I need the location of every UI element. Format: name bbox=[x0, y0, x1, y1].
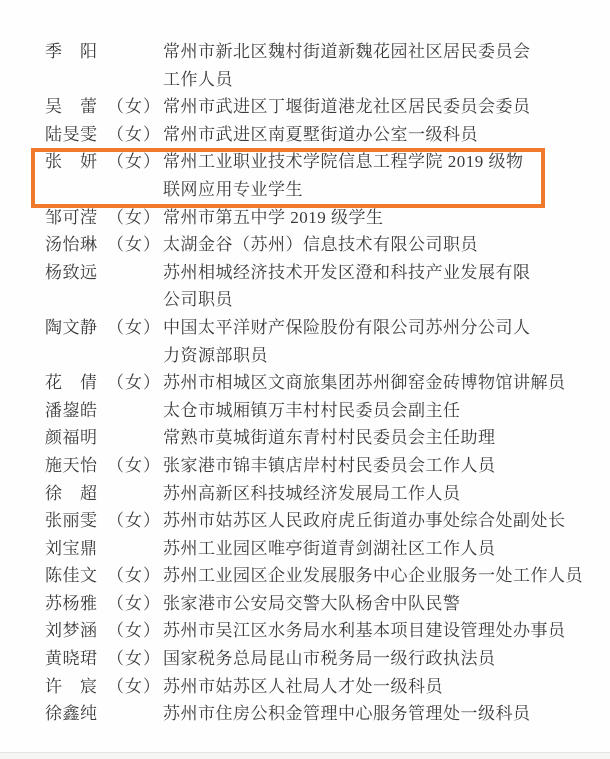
recipient-row: 汤怡琳 （女） 太湖金谷（苏州）信息技术有限公司职员 bbox=[45, 231, 570, 259]
recipient-row: 颜福明 常熟市莫城街道东青村村民委员会主任助理 bbox=[45, 424, 570, 452]
recipient-gender: （女） bbox=[107, 369, 163, 397]
recipient-name: 花 倩 bbox=[45, 369, 107, 397]
recipient-row: 陈佳文 （女） 苏州工业园区企业发展服务中心企业服务一处工作人员 bbox=[45, 562, 570, 590]
recipient-description: 苏州市姑苏区人民政府虎丘街道办事处综合处副处长 bbox=[163, 507, 570, 535]
recipient-name: 邹可滢 bbox=[45, 204, 107, 232]
recipient-name: 徐 超 bbox=[45, 480, 107, 508]
recipient-name: 潘鋆皓 bbox=[45, 397, 107, 425]
recipient-description: 常州工业职业技术学院信息工程学院 2019 级物联网应用专业学生 bbox=[163, 148, 570, 203]
description-line: 常州市新北区魏村街道新魏花园社区居民委员会 bbox=[163, 38, 570, 66]
recipient-list: 季 阳 常州市新北区魏村街道新魏花园社区居民委员会工作人员 吴 蕾 （女） 常州… bbox=[0, 0, 610, 728]
recipient-name: 黄晓珺 bbox=[45, 645, 107, 673]
recipient-gender: （女） bbox=[107, 562, 163, 590]
recipient-gender: （女） bbox=[107, 507, 163, 535]
recipient-row: 吴 蕾 （女） 常州市武进区丁堰街道港龙社区居民委员会委员 bbox=[45, 93, 570, 121]
recipient-row: 刘梦涵 （女） 苏州市吴江区水务局水利基本项目建设管理处办事员 bbox=[45, 617, 570, 645]
recipient-description: 常州市武进区丁堰街道港龙社区居民委员会委员 bbox=[163, 93, 570, 121]
recipient-name: 季 阳 bbox=[45, 38, 107, 66]
recipient-name: 张丽雯 bbox=[45, 507, 107, 535]
description-line: 苏州高新区科技城经济发展局工作人员 bbox=[163, 480, 570, 508]
recipient-row: 黄晓珺 （女） 国家税务总局昆山市税务局一级行政执法员 bbox=[45, 645, 570, 673]
recipient-description: 常州市武进区南夏墅街道办公室一级科员 bbox=[163, 121, 570, 149]
recipient-row: 季 阳 常州市新北区魏村街道新魏花园社区居民委员会工作人员 bbox=[45, 38, 570, 93]
recipient-row: 刘宝鼎 苏州工业园区唯亭街道青剑湖社区工作人员 bbox=[45, 535, 570, 563]
recipient-row: 花 倩 （女） 苏州市相城区文商旅集团苏州御窑金砖博物馆讲解员 bbox=[45, 369, 570, 397]
recipient-row: 徐 超 苏州高新区科技城经济发展局工作人员 bbox=[45, 480, 570, 508]
recipient-description: 中国太平洋财产保险股份有限公司苏州分公司人力资源部职员 bbox=[163, 314, 570, 369]
description-line: 苏州市姑苏区人社局人才处一级科员 bbox=[163, 673, 570, 701]
recipient-description: 苏州市吴江区水务局水利基本项目建设管理处办事员 bbox=[163, 617, 570, 645]
recipient-description: 苏州工业园区唯亭街道青剑湖社区工作人员 bbox=[163, 535, 570, 563]
description-line: 常州工业职业技术学院信息工程学院 2019 级物 bbox=[163, 148, 570, 176]
recipient-row: 许 宸 （女） 苏州市姑苏区人社局人才处一级科员 bbox=[45, 673, 570, 701]
description-line: 常州市武进区丁堰街道港龙社区居民委员会委员 bbox=[163, 93, 570, 121]
recipient-name: 吴 蕾 bbox=[45, 93, 107, 121]
recipient-gender: （女） bbox=[107, 121, 163, 149]
recipient-description: 国家税务总局昆山市税务局一级行政执法员 bbox=[163, 645, 570, 673]
recipient-description: 苏州高新区科技城经济发展局工作人员 bbox=[163, 480, 570, 508]
page-bottom-edge bbox=[0, 752, 610, 759]
recipient-description: 常熟市莫城街道东青村村民委员会主任助理 bbox=[163, 424, 570, 452]
recipient-description: 太湖金谷（苏州）信息技术有限公司职员 bbox=[163, 231, 570, 259]
description-line: 苏州市吴江区水务局水利基本项目建设管理处办事员 bbox=[163, 617, 570, 645]
description-line: 国家税务总局昆山市税务局一级行政执法员 bbox=[163, 645, 570, 673]
recipient-name: 刘宝鼎 bbox=[45, 535, 107, 563]
recipient-description: 苏州相城经济技术开发区澄和科技产业发展有限公司职员 bbox=[163, 259, 570, 314]
recipient-gender: （女） bbox=[107, 314, 163, 342]
recipient-row: 施天怡 （女） 张家港市锦丰镇店岸村村民委员会工作人员 bbox=[45, 452, 570, 480]
recipient-name: 杨致远 bbox=[45, 259, 107, 287]
description-line: 常州市武进区南夏墅街道办公室一级科员 bbox=[163, 121, 570, 149]
recipient-name: 张 妍 bbox=[45, 148, 107, 176]
recipient-name: 汤怡琳 bbox=[45, 231, 107, 259]
description-line: 联网应用专业学生 bbox=[163, 176, 570, 204]
recipient-name: 徐鑫纯 bbox=[45, 700, 107, 728]
recipient-row: 徐鑫纯 苏州市住房公积金管理中心服务管理处一级科员 bbox=[45, 700, 570, 728]
recipient-name: 陶文静 bbox=[45, 314, 107, 342]
description-line: 张家港市锦丰镇店岸村村民委员会工作人员 bbox=[163, 452, 570, 480]
recipient-description: 张家港市锦丰镇店岸村村民委员会工作人员 bbox=[163, 452, 570, 480]
description-line: 张家港市公安局交警大队杨舍中队民警 bbox=[163, 590, 570, 618]
recipient-description: 太仓市城厢镇万丰村村民委员会副主任 bbox=[163, 397, 570, 425]
recipient-row: 杨致远 苏州相城经济技术开发区澄和科技产业发展有限公司职员 bbox=[45, 259, 570, 314]
description-line: 苏州工业园区唯亭街道青剑湖社区工作人员 bbox=[163, 535, 570, 563]
description-line: 工作人员 bbox=[163, 66, 570, 94]
recipient-description: 常州市新北区魏村街道新魏花园社区居民委员会工作人员 bbox=[163, 38, 570, 93]
recipient-name: 颜福明 bbox=[45, 424, 107, 452]
recipient-row: 陆旻雯 （女） 常州市武进区南夏墅街道办公室一级科员 bbox=[45, 121, 570, 149]
recipient-name: 许 宸 bbox=[45, 673, 107, 701]
recipient-row: 邹可滢 （女） 常州市第五中学 2019 级学生 bbox=[45, 204, 570, 232]
description-line: 苏州市相城区文商旅集团苏州御窑金砖博物馆讲解员 bbox=[163, 369, 570, 397]
description-line: 常熟市莫城街道东青村村民委员会主任助理 bbox=[163, 424, 570, 452]
description-line: 中国太平洋财产保险股份有限公司苏州分公司人 bbox=[163, 314, 570, 342]
recipient-gender: （女） bbox=[107, 452, 163, 480]
description-line: 苏州相城经济技术开发区澄和科技产业发展有限 bbox=[163, 259, 570, 287]
recipient-row: 陶文静 （女） 中国太平洋财产保险股份有限公司苏州分公司人力资源部职员 bbox=[45, 314, 570, 369]
recipient-name: 陆旻雯 bbox=[45, 121, 107, 149]
recipient-gender: （女） bbox=[107, 617, 163, 645]
description-line: 苏州市住房公积金管理中心服务管理处一级科员 bbox=[163, 700, 570, 728]
description-line: 苏州工业园区企业发展服务中心企业服务一处工作人员 bbox=[163, 562, 583, 590]
recipient-gender: （女） bbox=[107, 645, 163, 673]
description-line: 公司职员 bbox=[163, 286, 570, 314]
recipient-name: 陈佳文 bbox=[45, 562, 107, 590]
recipient-description: 苏州市相城区文商旅集团苏州御窑金砖博物馆讲解员 bbox=[163, 369, 570, 397]
description-line: 太湖金谷（苏州）信息技术有限公司职员 bbox=[163, 231, 570, 259]
recipient-gender: （女） bbox=[107, 204, 163, 232]
recipient-name: 施天怡 bbox=[45, 452, 107, 480]
recipient-name: 刘梦涵 bbox=[45, 617, 107, 645]
recipient-row: 张 妍 （女） 常州工业职业技术学院信息工程学院 2019 级物联网应用专业学生 bbox=[45, 148, 570, 203]
recipient-description: 苏州市住房公积金管理中心服务管理处一级科员 bbox=[163, 700, 570, 728]
recipient-description: 张家港市公安局交警大队杨舍中队民警 bbox=[163, 590, 570, 618]
description-line: 太仓市城厢镇万丰村村民委员会副主任 bbox=[163, 397, 570, 425]
recipient-name: 苏杨雅 bbox=[45, 590, 107, 618]
recipient-gender: （女） bbox=[107, 148, 163, 176]
recipient-gender: （女） bbox=[107, 93, 163, 121]
document-page: 季 阳 常州市新北区魏村街道新魏花园社区居民委员会工作人员 吴 蕾 （女） 常州… bbox=[0, 0, 610, 759]
description-line: 常州市第五中学 2019 级学生 bbox=[163, 204, 570, 232]
recipient-description: 苏州工业园区企业发展服务中心企业服务一处工作人员 bbox=[163, 562, 583, 590]
recipient-row: 苏杨雅 （女） 张家港市公安局交警大队杨舍中队民警 bbox=[45, 590, 570, 618]
recipient-description: 常州市第五中学 2019 级学生 bbox=[163, 204, 570, 232]
recipient-gender: （女） bbox=[107, 673, 163, 701]
recipient-gender: （女） bbox=[107, 231, 163, 259]
recipient-row: 潘鋆皓 太仓市城厢镇万丰村村民委员会副主任 bbox=[45, 397, 570, 425]
recipient-row: 张丽雯 （女） 苏州市姑苏区人民政府虎丘街道办事处综合处副处长 bbox=[45, 507, 570, 535]
recipient-description: 苏州市姑苏区人社局人才处一级科员 bbox=[163, 673, 570, 701]
description-line: 力资源部职员 bbox=[163, 342, 570, 370]
description-line: 苏州市姑苏区人民政府虎丘街道办事处综合处副处长 bbox=[163, 507, 570, 535]
recipient-gender: （女） bbox=[107, 590, 163, 618]
